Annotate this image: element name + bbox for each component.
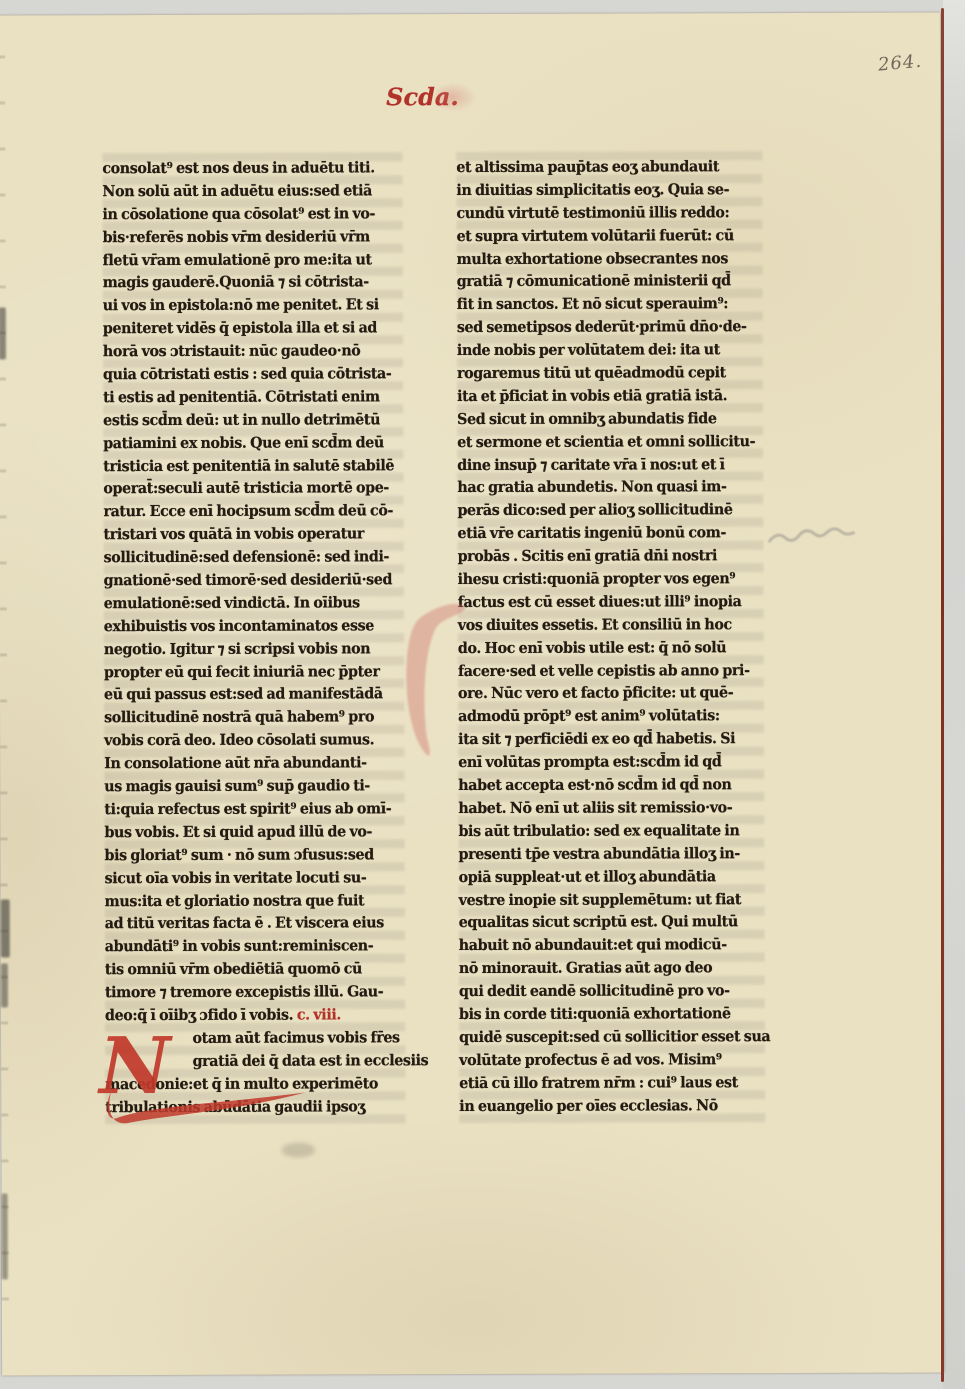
manuscript-page: Scda. 264. consolat⁹ est nos deus in adu… (0, 13, 944, 1376)
text-line: negotio. Igitur ⁊ si scripsi vobis non (104, 637, 404, 661)
line-text: bis·referēs nobis vr̄m desideriū vr̄m (103, 227, 370, 246)
text-line: bus vobis. Et si quid apud illū de vo- (104, 820, 404, 844)
line-text: nō minorauit. Gratias aūt ago deo (459, 958, 712, 977)
text-line: propter eū qui fecit iniuriā nec p̄pter (104, 660, 404, 684)
line-text: qui dedit eandē sollicitudinē pro vo- (459, 981, 730, 1000)
line-text: ita et p̄ficiat in vobis etiā gratiā ist… (457, 386, 727, 405)
line-text: fit in sanctos. Et nō sicut sperauim⁹: (457, 295, 728, 314)
line-text: cundū virtutē testimoniū illis reddo: (456, 203, 729, 222)
line-text: ore. Nūc vero et facto p̄ficite: ut quē- (458, 684, 733, 703)
line-text: enī volūtas prompta est:scd̄m id qd̄ (458, 752, 721, 771)
text-line: rogaremus titū ut quēadmodū cepit (457, 361, 763, 385)
text-line: in diuitias simplicitatis eoʒ. Quia se- (456, 178, 762, 202)
text-line: horā vos ɔtristauit: nūc gaudeo·nō (103, 339, 403, 363)
gutter-ink-blob (1, 963, 8, 1007)
text-line: patiamini ex nobis. Que enī scd̄m deū (103, 431, 403, 455)
text-line: ad titū veritas facta ē . Et viscera eiu… (105, 912, 405, 936)
line-text: bis gloriat⁹ sum · nō sum ɔfusus:sed (104, 845, 373, 864)
text-line: quidē suscepit:sed cū sollicitior esset … (459, 1025, 765, 1049)
verso-initial-showthrough (390, 592, 475, 764)
text-line: gratiā ⁊ cōmunicationē ministerii qd̄ (457, 270, 763, 294)
line-text: vestre inopie sit supplemētum: ut fiat (459, 890, 741, 909)
background-surface-right (943, 0, 965, 1389)
rubricated-initial-letter: N (97, 1020, 317, 1137)
text-line: sed semetipsos dederūt·primū dn̄o·de- (457, 315, 763, 339)
line-text: tristicia est penitentiā in salutē stabi… (103, 456, 394, 475)
line-text: ita sit ⁊ perficiēdi ex eo qd̄ habetis. … (458, 729, 735, 748)
text-line: in cōsolatione qua cōsolat⁹ est in vo- (102, 202, 402, 226)
line-text: admodū prōpt⁹ est anim⁹ volūtatis: (458, 707, 720, 726)
text-line: ihesu cristi:quoniā propter vos egen⁹ (458, 567, 764, 591)
line-text: estis scd̄m deū: ut in nullo detrimētū (103, 410, 380, 429)
line-text: propter eū qui fecit iniuriā nec p̄pter (104, 662, 380, 681)
line-text: etiā vr̄e caritatis ingeniū bonū com- (457, 523, 726, 542)
text-line: bis gloriat⁹ sum · nō sum ɔfusus:sed (104, 843, 404, 867)
text-line: factus est cū esset diues:ut illi⁹ inopi… (458, 590, 764, 614)
line-text: facere·sed et velle cepistis ab anno pri… (458, 661, 750, 680)
text-line: ui vos in epistola:nō me penitet. Et si (103, 294, 403, 318)
text-line: equalitas sicut scriptū est. Qui multū (459, 910, 765, 934)
text-line: habet. Nō enī ut aliis sit remissio·vo- (458, 796, 764, 820)
text-line: cundū virtutē testimoniū illis reddo: (456, 201, 762, 225)
gutter-ink-blob (0, 307, 6, 359)
text-line: vestre inopie sit supplemētum: ut fiat (459, 888, 765, 912)
line-text: in diuitias simplicitatis eoʒ. Quia se- (456, 180, 729, 199)
text-line: in euangelio per oīes ecclesias. Nō (459, 1094, 765, 1118)
faint-margin-note (763, 521, 859, 553)
line-text: presenti tp̄e vestra abundātia illoʒ in- (458, 844, 739, 863)
text-line: bis in corde titi:quoniā exhortationē (459, 1002, 765, 1026)
line-text: bis in corde titi:quoniā exhortationē (459, 1004, 731, 1023)
text-line: abundāti⁹ in vobis sunt:reminiscen- (105, 934, 405, 958)
text-line: ti estis ad penitentiā. Cōtristati enim (103, 385, 403, 409)
line-text: tristari vos quātā in vobis operatur (103, 525, 364, 544)
text-line: volūtate profectus ē ad vos. Misim⁹ (459, 1048, 765, 1072)
line-text: habet accepta est·nō scd̄m id qd̄ non (458, 775, 731, 794)
text-line: timore ⁊ tremore excepistis illū. Gau- (105, 980, 405, 1004)
line-text: perās dico:sed per alioʒ sollicitudinē (457, 501, 732, 520)
line-text: factus est cū esset diues:ut illi⁹ inopi… (458, 592, 742, 611)
book-fore-edge (941, 8, 944, 1382)
text-line: ore. Nūc vero et facto p̄ficite: ut quē- (458, 682, 764, 706)
line-text: multa exhortatione obsecrantes nos (457, 249, 728, 268)
line-text: quia cōtristati estis : sed quia cōtrist… (103, 364, 391, 383)
line-text: do. Hoc enī vobis utile est: q̄ nō solū (458, 638, 726, 657)
text-line: etiā cū illo fratrem nr̄m : cui⁹ laus es… (459, 1071, 765, 1095)
line-text: in cōsolatione qua cōsolat⁹ est in vo- (102, 204, 375, 223)
text-line: vobis corā deo. Ideo cōsolati sumus. (104, 728, 404, 752)
text-line: multa exhortatione obsecrantes nos (457, 247, 763, 271)
line-text: sicut oīa vobis in veritate locuti su- (105, 868, 367, 887)
small-stain (281, 1142, 315, 1157)
line-text: sed semetipsos dederūt·primū dn̄o·de- (457, 317, 747, 336)
line-text: quidē suscepit:sed cū sollicitior esset … (459, 1027, 770, 1046)
text-line: exhibuistis vos incontaminatos esse (104, 614, 404, 638)
line-text: dine insup̄ ⁊ caritate vr̄a ī nos:ut et … (457, 455, 724, 474)
text-line: fletū vr̄am emulationē pro me:ita ut (103, 248, 403, 272)
text-line: et sermone et scientia et omni sollicitu… (457, 430, 763, 454)
text-line: do. Hoc enī vobis utile est: q̄ nō solū (458, 636, 764, 660)
header-showthrough-stain (435, 82, 477, 112)
line-text: magis gauderē.Quoniā ⁊ si cōtrista- (103, 273, 369, 292)
line-text: vobis corā deo. Ideo cōsolati sumus. (104, 731, 374, 750)
text-line: dine insup̄ ⁊ caritate vr̄a ī nos:ut et … (457, 453, 763, 477)
text-line: perās dico:sed per alioʒ sollicitudinē (457, 498, 763, 522)
text-line: enī volūtas prompta est:scd̄m id qd̄ (458, 750, 764, 774)
line-text: mus:ita et gloriatio nostra que fuit (105, 891, 365, 910)
line-text: hac gratia abundetis. Non quasi im- (457, 478, 726, 497)
text-line: etiā vr̄e caritatis ingeniū bonū com- (457, 521, 763, 545)
line-text: ad titū veritas facta ē . Et viscera eiu… (105, 914, 384, 933)
folio-number: 264. (877, 51, 923, 76)
line-text: abundāti⁹ in vobis sunt:reminiscen- (105, 937, 374, 956)
line-text: gratiā ⁊ cōmunicationē ministerii qd̄ (457, 272, 731, 291)
line-text: ui vos in epistola:nō me penitet. Et si (103, 296, 379, 315)
line-text: patiamini ex nobis. Que enī scd̄m deū (103, 433, 384, 452)
line-text: consolat⁹ est nos deus in aduētu titi. (102, 158, 374, 177)
line-text: sollicitudinē:sed defensionē: sed indi- (104, 547, 390, 566)
text-line: tristari vos quātā in vobis operatur (103, 522, 403, 546)
text-line: ratur. Ecce enī hocipsum scd̄m deū cō- (103, 500, 403, 524)
text-line: emulationē:sed vindictā. In oīibus (104, 591, 404, 615)
line-text: bis aūt tribulatio: sed ex equalitate in (458, 821, 739, 840)
line-text: fletū vr̄am emulationē pro me:ita ut (103, 250, 372, 269)
text-line: estis scd̄m deū: ut in nullo detrimētū (103, 408, 403, 432)
line-text: volūtate profectus ē ad vos. Misim⁹ (459, 1050, 722, 1069)
line-text: equalitas sicut scriptū est. Qui multū (459, 913, 738, 932)
text-line: et supra virtutem volūtarii fuerūt: cū (457, 224, 763, 248)
line-text: habet. Nō enī ut aliis sit remissio·vo- (458, 798, 732, 817)
text-line: tristicia est penitentiā in salutē stabi… (103, 454, 403, 478)
line-text: timore ⁊ tremore excepistis illū. Gau- (105, 982, 383, 1001)
text-line: bis·referēs nobis vr̄m desideriū vr̄m (103, 225, 403, 249)
line-text: et sermone et scientia et omni sollicitu… (457, 432, 755, 451)
text-line: ita sit ⁊ perficiēdi ex eo qd̄ habetis. … (458, 727, 764, 751)
initial-letter-glyph: N (97, 1021, 173, 1112)
line-text: etiā cū illo fratrem nr̄m : cui⁹ laus es… (459, 1073, 738, 1092)
text-line: sollicitudinē nostrā quā habem⁹ pro (104, 706, 404, 730)
text-line: Non solū aūt in aduētu eius:sed etiā (102, 179, 402, 203)
text-line: mus:ita et gloriatio nostra que fuit (105, 889, 405, 913)
text-line: Sed sicut in omnibʒ abundatis fide (457, 407, 763, 431)
line-text: bus vobis. Et si quid apud illū de vo- (104, 822, 372, 841)
text-line: eū qui passus est:sed ad manifestādā (104, 683, 404, 707)
text-line: vos diuites essetis. Et consiliū in hoc (458, 613, 764, 637)
text-line: gnationē·sed timorē·sed desideriū·sed (104, 568, 404, 592)
line-text: sollicitudinē nostrā quā habem⁹ pro (104, 708, 374, 727)
line-text: ihesu cristi:quoniā propter vos egen⁹ (458, 569, 736, 588)
text-column-left: consolat⁹ est nos deus in aduētu titi.No… (102, 156, 405, 1125)
line-text: Sed sicut in omnibʒ abundatis fide (457, 409, 716, 428)
gutter-ink-blob (2, 1193, 8, 1279)
text-line: ti:quia refectus est spirit⁹ eius ab omī… (104, 797, 404, 821)
text-line: ita et p̄ficiat in vobis etiā gratiā ist… (457, 384, 763, 408)
line-text: eū qui passus est:sed ad manifestādā (104, 685, 383, 704)
line-text: horā vos ɔtristauit: nūc gaudeo·nō (103, 341, 361, 360)
text-line: quia cōtristati estis : sed quia cōtrist… (103, 362, 403, 386)
text-line: In consolatione aūt nr̄a abundanti- (104, 751, 404, 775)
text-line: probās . Scitis enī gratiā dn̄i nostri (458, 544, 764, 568)
line-text: in euangelio per oīes ecclesias. Nō (459, 1096, 718, 1115)
text-line: sicut oīa vobis in veritate locuti su- (105, 866, 405, 890)
line-text: gnationē·sed timorē·sed desideriū·sed (104, 570, 392, 589)
line-text: exhibuistis vos incontaminatos esse (104, 616, 374, 635)
gutter-showthrough-marks (0, 55, 9, 1335)
text-line: tis omniū vr̄m obediētiā quomō cū (105, 957, 405, 981)
text-line: opiā suppleat·ut et illoʒ abundātia (459, 865, 765, 889)
text-line: hac gratia abundetis. Non quasi im- (457, 476, 763, 500)
line-text: emulationē:sed vindictā. In oīibus (104, 593, 360, 612)
line-text: rogaremus titū ut quēadmodū cepit (457, 363, 726, 382)
text-line: habet accepta est·nō scd̄m id qd̄ non (458, 773, 764, 797)
line-text: ti estis ad penitentiā. Cōtristati enim (103, 387, 380, 406)
line-text: negotio. Igitur ⁊ si scripsi vobis non (104, 639, 370, 658)
text-line: inde nobis per volūtatem dei: ita ut (457, 338, 763, 362)
line-text: inde nobis per volūtatem dei: ita ut (457, 340, 720, 359)
line-text: et altissima paup̄tas eoʒ abundauit (456, 157, 719, 176)
text-line: facere·sed et velle cepistis ab anno pri… (458, 659, 764, 683)
text-line: sollicitudinē:sed defensionē: sed indi- (104, 545, 404, 569)
line-text: probās . Scitis enī gratiā dn̄i nostri (458, 546, 718, 565)
line-text: habuit nō abundauit:et qui modicū- (459, 935, 727, 954)
text-column-right: et altissima paup̄tas eoʒ abundauitin di… (456, 155, 765, 1124)
text-line: qui dedit eandē sollicitudinē pro vo- (459, 979, 765, 1003)
text-line: habuit nō abundauit:et qui modicū- (459, 933, 765, 957)
text-line: consolat⁹ est nos deus in aduētu titi. (102, 156, 402, 180)
line-text: In consolatione aūt nr̄a abundanti- (104, 753, 367, 772)
text-line: operat̄:seculi autē tristicia mortē ope- (103, 477, 403, 501)
line-text: us magis gauisi sum⁹ sup̄ gaudio ti- (104, 776, 370, 795)
gutter-ink-blob (1, 899, 10, 957)
line-text: tis omniū vr̄m obediētiā quomō cū (105, 960, 362, 979)
line-text: opiā suppleat·ut et illoʒ abundātia (459, 867, 716, 886)
line-text: peniteret vidēs q̄ epistola illa et si a… (103, 319, 377, 338)
text-line: magis gauderē.Quoniā ⁊ si cōtrista- (103, 271, 403, 295)
line-text: ti:quia refectus est spirit⁹ eius ab omī… (104, 799, 391, 818)
text-line: admodū prōpt⁹ est anim⁹ volūtatis: (458, 704, 764, 728)
text-line: us magis gauisi sum⁹ sup̄ gaudio ti- (104, 774, 404, 798)
line-text: Non solū aūt in aduētu eius:sed etiā (102, 181, 372, 200)
line-text: operat̄:seculi autē tristicia mortē ope- (103, 479, 389, 498)
text-line: fit in sanctos. Et nō sicut sperauim⁹: (457, 292, 763, 316)
text-line: peniteret vidēs q̄ epistola illa et si a… (103, 316, 403, 340)
line-text: et supra virtutem volūtarii fuerūt: cū (457, 226, 734, 245)
text-line: et altissima paup̄tas eoʒ abundauit (456, 155, 762, 179)
text-line: nō minorauit. Gratias aūt ago deo (459, 956, 765, 980)
line-text: ratur. Ecce enī hocipsum scd̄m deū cō- (103, 502, 393, 521)
line-text: vos diuites essetis. Et consiliū in hoc (458, 615, 732, 634)
text-line: bis aūt tribulatio: sed ex equalitate in (458, 819, 764, 843)
text-line: presenti tp̄e vestra abundātia illoʒ in- (458, 842, 764, 866)
